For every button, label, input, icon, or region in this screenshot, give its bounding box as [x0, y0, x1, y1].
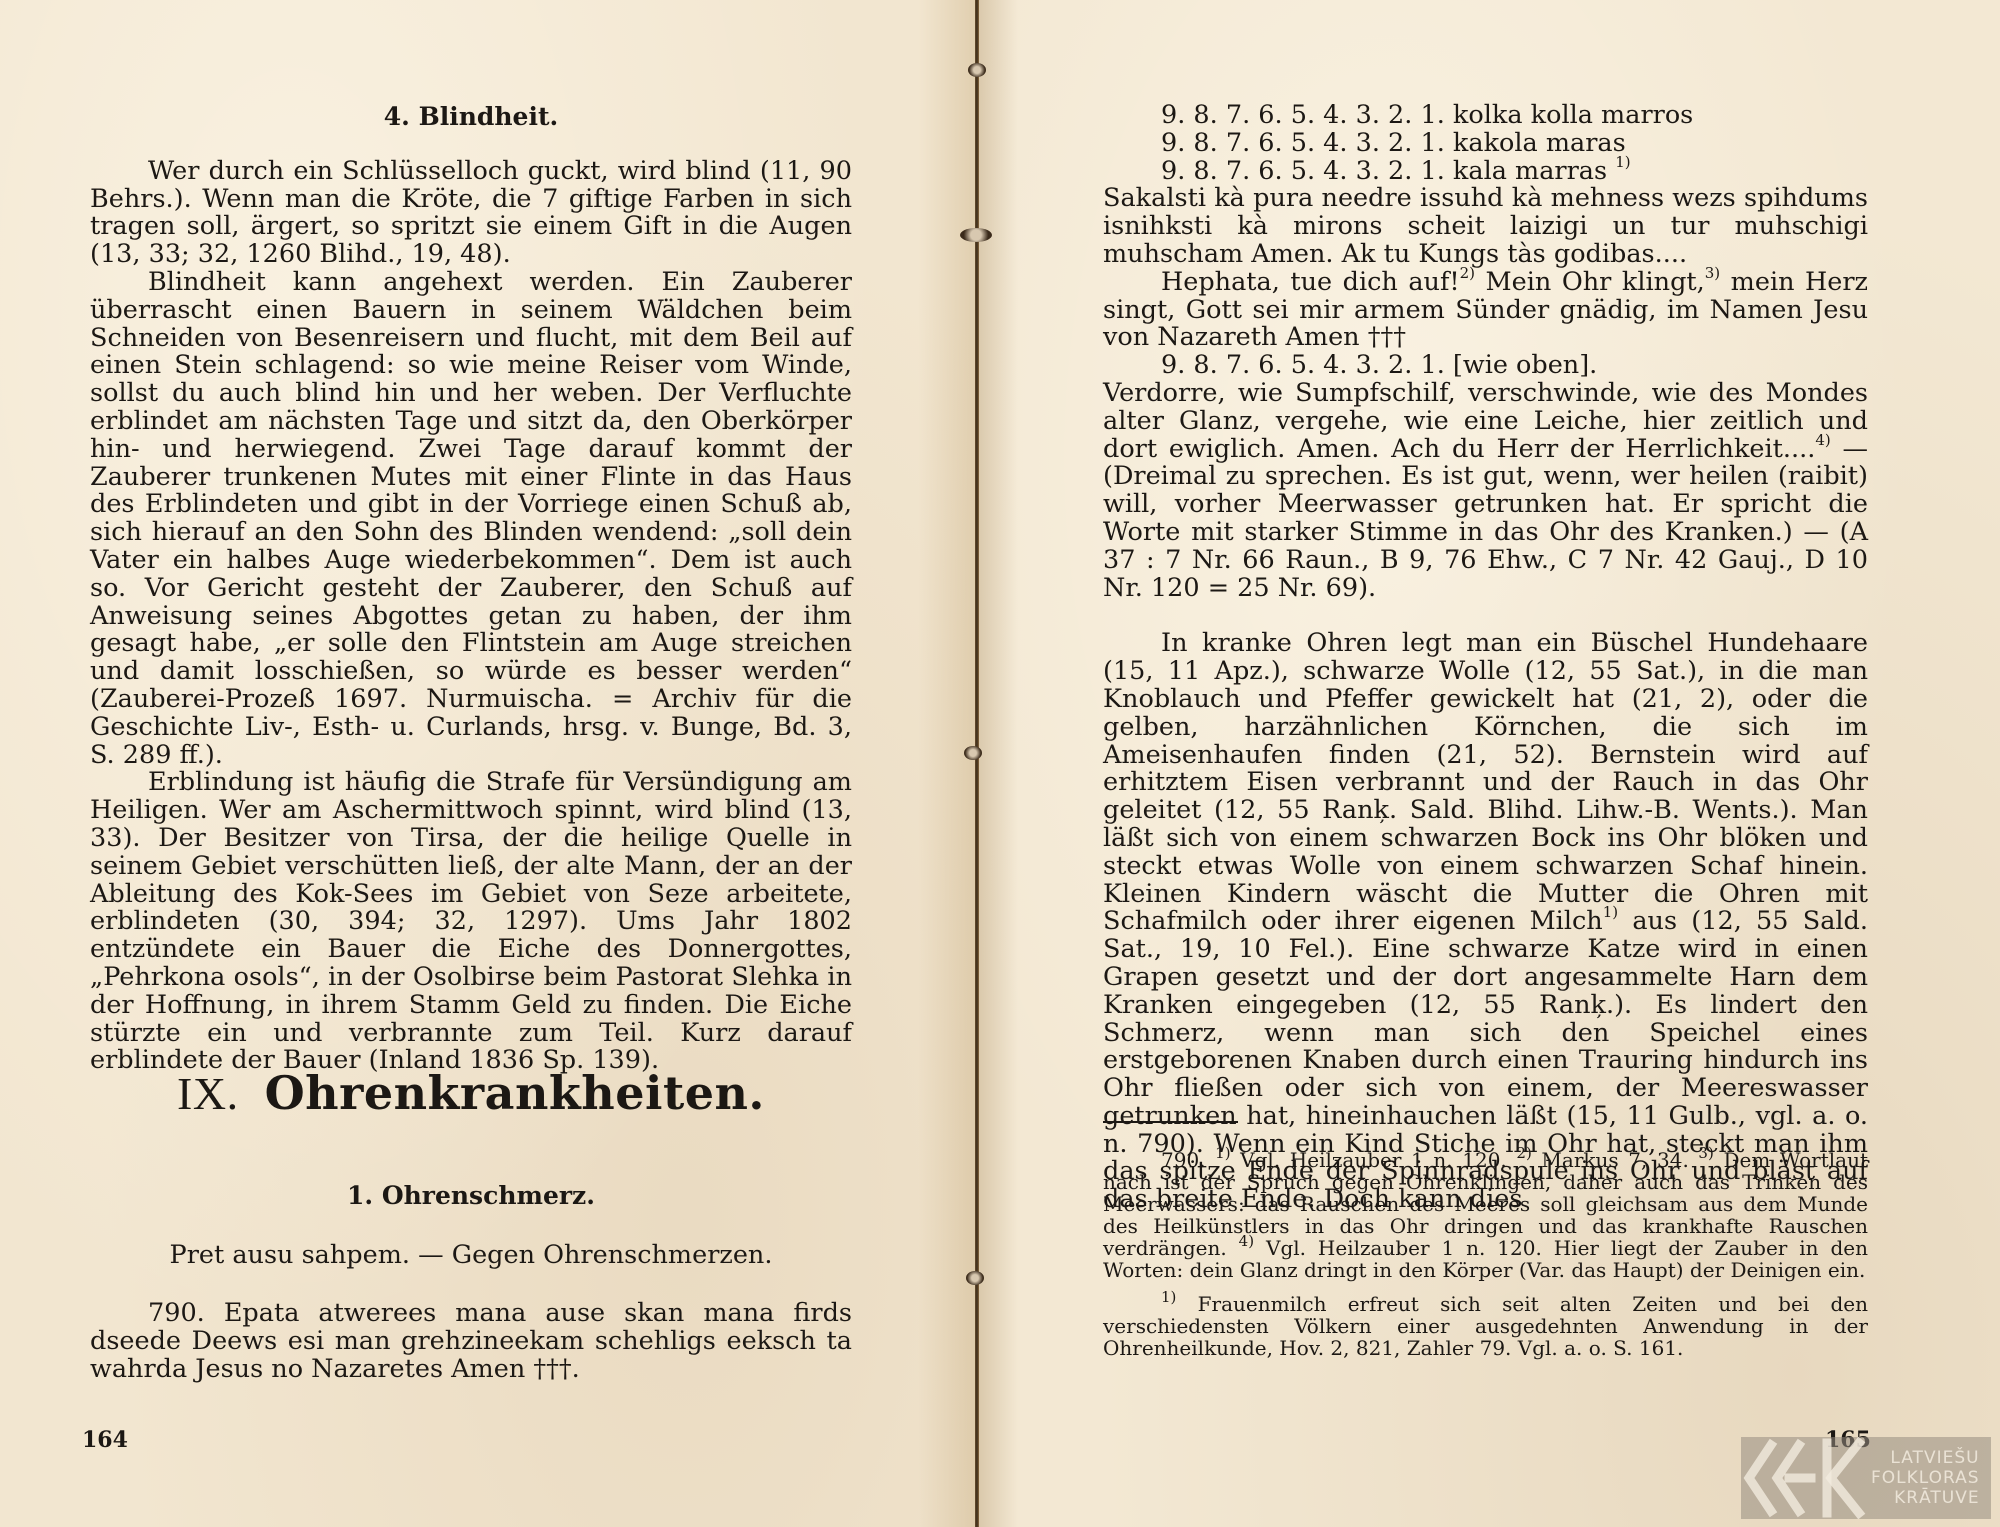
footnote-790: 790. 1) Vgl. Heilzauber 1 n. 120. 2) Mar… — [1103, 1149, 1868, 1281]
subsection-heading: 1. Ohrenschmerz. — [90, 1181, 852, 1210]
left-text-column: 4. Blindheit. Wer durch ein Schlüsselloc… — [90, 103, 852, 1075]
paragraph: Wer durch ein Schlüsselloch guckt, wird … — [90, 158, 852, 269]
page-number-left: 164 — [82, 1427, 128, 1453]
footnote-ref: 3) — [1705, 264, 1720, 282]
binding-stitch — [968, 63, 986, 77]
watermark-line: LATVIEŠU — [1871, 1448, 1980, 1468]
chapter-heading: IX.Ohrenkrankheiten. — [90, 1066, 852, 1120]
left-page: 4. Blindheit. Wer durch ein Schlüsselloc… — [0, 0, 978, 1527]
paragraph: Blindheit kann angehext werden. Ein Zaub… — [90, 269, 852, 769]
footnote-mark: 1) — [1161, 1288, 1176, 1306]
right-page: 9. 8. 7. 6. 5. 4. 3. 2. 1. kolka kolla m… — [978, 0, 2000, 1527]
footnote-rule — [1103, 1121, 1238, 1123]
formula-line: 9. 8. 7. 6. 5. 4. 3. 2. 1. kala marras 1… — [1103, 158, 1868, 186]
watermark-line: FOLKLORAS — [1871, 1468, 1980, 1488]
charm-title: Pret ausu sahpem. — Gegen Ohrenschmerzen… — [90, 1240, 852, 1270]
verdorre-paragraph: Verdorre, wie Sumpfschilf, verschwinde, … — [1103, 380, 1868, 602]
footnote-mark: 1) — [1215, 1144, 1230, 1162]
german-charm: Hephata, tue dich auf!2) Mein Ohr klingt… — [1103, 269, 1868, 352]
binding-stitch — [964, 746, 982, 760]
watermark-text: LATVIEŠU FOLKLORAS KRĀTUVE — [1871, 1448, 1988, 1508]
entry-text: 790. Epata atwerees mana ause skan mana … — [90, 1300, 852, 1383]
entry-body: Epata atwerees mana ause skan mana firds… — [90, 1298, 852, 1384]
footnote-ref: 2) — [1460, 264, 1475, 282]
formula-text: 9. 8. 7. 6. 5. 4. 3. 2. 1. kala marras — [1161, 156, 1607, 186]
formula-line: 9. 8. 7. 6. 5. 4. 3. 2. 1. kakola maras — [1103, 130, 1868, 158]
formula-line: 9. 8. 7. 6. 5. 4. 3. 2. 1. kolka kolla m… — [1103, 102, 1868, 130]
text-span: Markus 7, 34. — [1532, 1148, 1699, 1172]
footnote-ref: 1) — [1615, 153, 1630, 171]
footnote-mark: 2) — [1516, 1144, 1531, 1162]
lfk-logo-icon — [1741, 1437, 1871, 1519]
footnote-mark: 4) — [1239, 1232, 1254, 1250]
footnote-ref: 1) — [1603, 903, 1618, 921]
chapter-number: IX. — [177, 1068, 239, 1119]
text-span: 790. — [1161, 1148, 1215, 1172]
footnote-ref: 4) — [1815, 431, 1830, 449]
text-span: In kranke Ohren legt man ein Büschel Hun… — [1103, 628, 1868, 936]
entry-790: 790. Epata atwerees mana ause skan mana … — [90, 1300, 852, 1383]
footnote-mark: 3) — [1698, 1144, 1713, 1162]
paragraph: Erblindung ist häufig die Strafe für Ver… — [90, 769, 852, 1075]
archive-watermark: LATVIEŠU FOLKLORAS KRĀTUVE — [1741, 1437, 1991, 1519]
binding-stitch — [966, 1271, 984, 1285]
chapter-title: Ohrenkrankheiten. — [265, 1066, 765, 1120]
footnotes: 790. 1) Vgl. Heilzauber 1 n. 120. 2) Mar… — [1103, 1121, 1868, 1359]
text-span: Vgl. Heilzauber 1 n. 120. — [1231, 1148, 1517, 1172]
text-span: Verdorre, wie Sumpfschilf, verschwinde, … — [1103, 378, 1868, 464]
right-text-column: 9. 8. 7. 6. 5. 4. 3. 2. 1. kolka kolla m… — [1103, 102, 1868, 1214]
text-span: Hephata, tue dich auf! — [1161, 267, 1460, 297]
binding-stitch — [960, 228, 992, 242]
footnote-milk: 1) Frauenmilch erfreut sich seit alten Z… — [1103, 1293, 1868, 1359]
formula-repeat: 9. 8. 7. 6. 5. 4. 3. 2. 1. [wie oben]. — [1103, 352, 1868, 380]
watermark-line: KRĀTUVE — [1871, 1488, 1980, 1508]
entry-number: 790. — [148, 1298, 205, 1328]
text-span: Mein Ohr klingt, — [1475, 267, 1705, 297]
text-span: Frauenmilch erfreut sich seit alten Zeit… — [1103, 1292, 1868, 1360]
section-heading-blindheit: 4. Blindheit. — [90, 103, 852, 131]
book-spread: 4. Blindheit. Wer durch ein Schlüsselloc… — [0, 0, 2000, 1527]
latvian-charm: Sakalsti kà pura needre issuhd kà mehnes… — [1103, 185, 1868, 268]
